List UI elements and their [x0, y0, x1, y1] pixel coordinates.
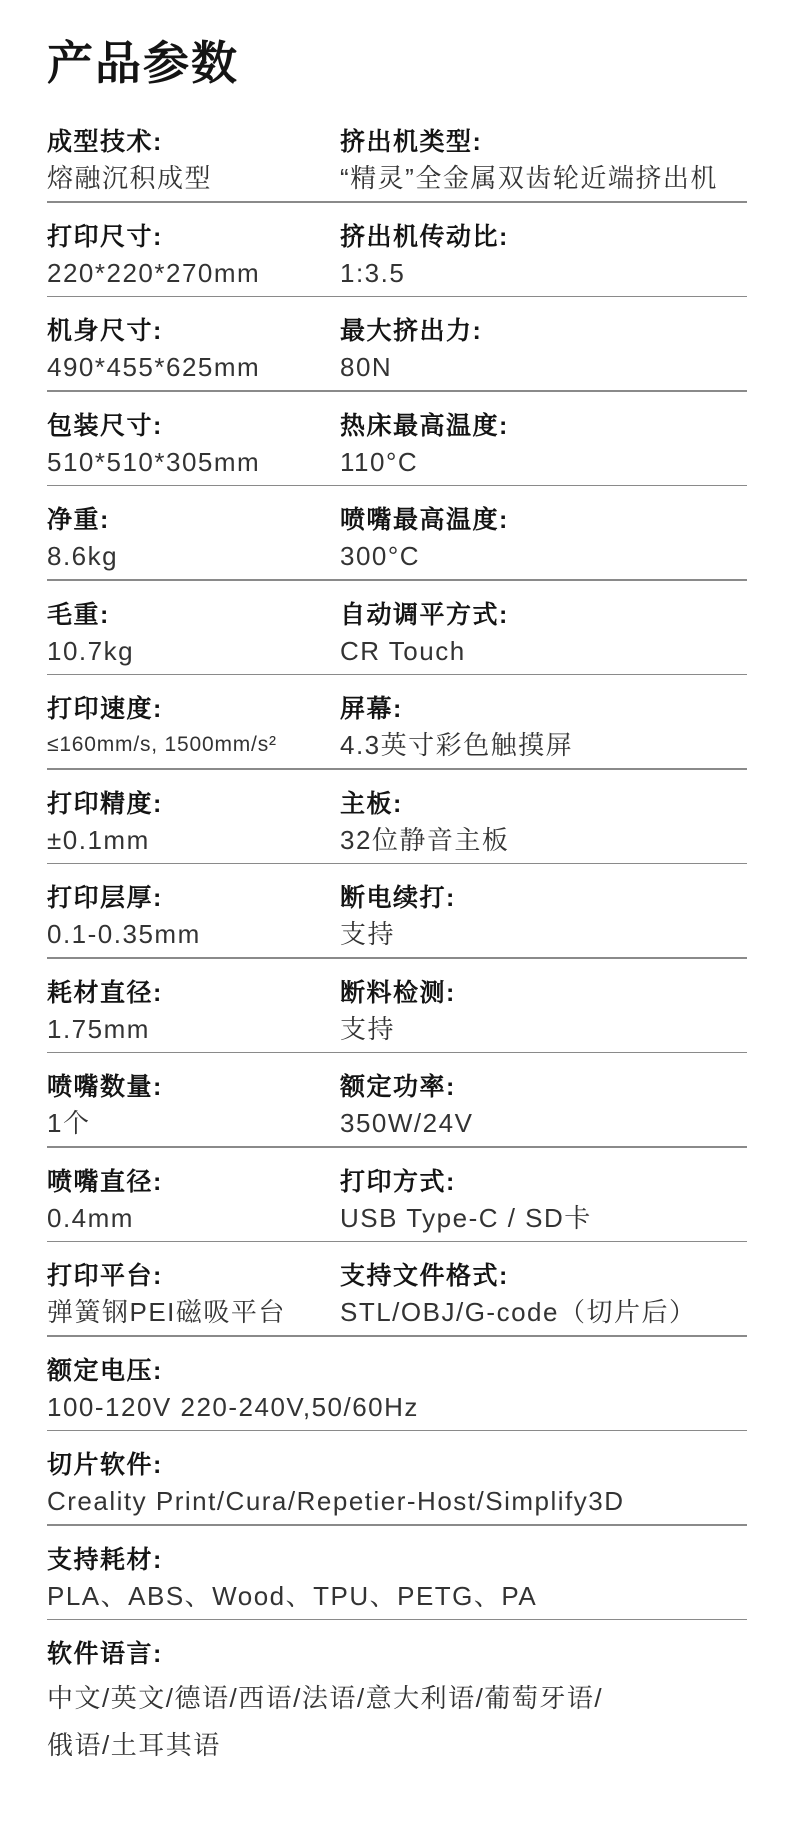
spec-value: 80N [340, 352, 747, 382]
spec-row-full-width: 软件语言: 中文/英文/德语/西语/法语/意大利语/葡萄牙语/ 俄语/土耳其语 [47, 1620, 747, 1777]
spec-cell-right: 最大挤出力: 80N [340, 319, 747, 382]
spec-cell-left: 成型技术: 熔融沉积成型 [47, 130, 340, 193]
spec-row: 打印层厚: 0.1-0.35mm 断电续打: 支持 [47, 864, 747, 957]
spec-label: 打印层厚: [47, 886, 340, 911]
spec-cell-right: 喷嘴最高温度: 300°C [340, 508, 747, 571]
spec-value: USB Type-C / SD卡 [340, 1203, 747, 1233]
spec-label: 支持耗材: [47, 1548, 747, 1573]
spec-row: 喷嘴数量: 1个 额定功率: 350W/24V [47, 1053, 747, 1146]
spec-label: 额定功率: [340, 1075, 747, 1100]
spec-cell-left: 打印平台: 弹簧钢PEI磁吸平台 [47, 1264, 340, 1327]
spec-row: 打印精度: ±0.1mm 主板: 32位静音主板 [47, 770, 747, 863]
spec-label: 成型技术: [47, 130, 340, 155]
spec-cell: 切片软件: Creality Print/Cura/Repetier-Host/… [47, 1453, 747, 1516]
spec-row-full-width: 切片软件: Creality Print/Cura/Repetier-Host/… [47, 1431, 747, 1524]
spec-sheet: 产品参数 成型技术: 熔融沉积成型 挤出机类型: “精灵”全金属双齿轮近端挤出机… [0, 0, 790, 1777]
spec-cell-left: 包装尺寸: 510*510*305mm [47, 414, 340, 477]
spec-value: 弹簧钢PEI磁吸平台 [47, 1297, 340, 1327]
spec-value: 支持 [340, 1014, 747, 1044]
spec-value: 10.7kg [47, 636, 340, 666]
spec-label: 软件语言: [47, 1642, 747, 1667]
spec-label: 净重: [47, 508, 340, 533]
spec-value: 支持 [340, 919, 747, 949]
spec-value: STL/OBJ/G-code（切片后） [340, 1297, 747, 1327]
spec-label: 喷嘴最高温度: [340, 508, 747, 533]
spec-cell-left: 耗材直径: 1.75mm [47, 981, 340, 1044]
spec-value: 110°C [340, 447, 747, 477]
spec-cell: 额定电压: 100-120V 220-240V,50/60Hz [47, 1359, 747, 1422]
spec-row-full-width: 额定电压: 100-120V 220-240V,50/60Hz [47, 1337, 747, 1430]
spec-label: 支持文件格式: [340, 1264, 747, 1289]
spec-value: 0.1-0.35mm [47, 919, 340, 949]
spec-row: 耗材直径: 1.75mm 断料检测: 支持 [47, 959, 747, 1052]
spec-value: 0.4mm [47, 1203, 340, 1233]
spec-cell-left: 打印尺寸: 220*220*270mm [47, 225, 340, 288]
spec-row: 喷嘴直径: 0.4mm 打印方式: USB Type-C / SD卡 [47, 1148, 747, 1241]
spec-value: 1:3.5 [340, 258, 747, 288]
spec-label: 断料检测: [340, 981, 747, 1006]
spec-value: 300°C [340, 541, 747, 571]
spec-value: 1个 [47, 1108, 340, 1138]
spec-value: 490*455*625mm [47, 352, 340, 382]
spec-value: 510*510*305mm [47, 447, 340, 477]
spec-cell-left: 打印精度: ±0.1mm [47, 792, 340, 855]
spec-value: 220*220*270mm [47, 258, 340, 288]
spec-cell-left: 喷嘴直径: 0.4mm [47, 1170, 340, 1233]
spec-label: 自动调平方式: [340, 603, 747, 628]
spec-label: 打印方式: [340, 1170, 747, 1195]
spec-label: 打印速度: [47, 697, 340, 722]
spec-cell: 软件语言: 中文/英文/德语/西语/法语/意大利语/葡萄牙语/ 俄语/土耳其语 [47, 1642, 747, 1769]
spec-cell-left: 机身尺寸: 490*455*625mm [47, 319, 340, 382]
spec-cell-right: 主板: 32位静音主板 [340, 792, 747, 855]
spec-cell-right: 打印方式: USB Type-C / SD卡 [340, 1170, 747, 1233]
spec-row-full-width: 支持耗材: PLA、ABS、Wood、TPU、PETG、PA [47, 1526, 747, 1619]
spec-label: 打印尺寸: [47, 225, 340, 250]
spec-cell-right: 断料检测: 支持 [340, 981, 747, 1044]
spec-label: 喷嘴数量: [47, 1075, 340, 1100]
spec-row: 净重: 8.6kg 喷嘴最高温度: 300°C [47, 486, 747, 579]
spec-row: 打印速度: ≤160mm/s, 1500mm/s² 屏幕: 4.3英寸彩色触摸屏 [47, 675, 747, 768]
spec-cell-left: 毛重: 10.7kg [47, 603, 340, 666]
spec-label: 挤出机传动比: [340, 225, 747, 250]
spec-table: 成型技术: 熔融沉积成型 挤出机类型: “精灵”全金属双齿轮近端挤出机 打印尺寸… [47, 108, 747, 1777]
spec-cell-left: 净重: 8.6kg [47, 508, 340, 571]
spec-row: 打印尺寸: 220*220*270mm 挤出机传动比: 1:3.5 [47, 203, 747, 296]
spec-value: CR Touch [340, 636, 747, 666]
spec-cell-right: 支持文件格式: STL/OBJ/G-code（切片后） [340, 1264, 747, 1327]
spec-value: 中文/英文/德语/西语/法语/意大利语/葡萄牙语/ 俄语/土耳其语 [47, 1675, 747, 1769]
spec-value: “精灵”全金属双齿轮近端挤出机 [340, 163, 747, 193]
spec-cell-right: 挤出机类型: “精灵”全金属双齿轮近端挤出机 [340, 130, 747, 193]
spec-label: 主板: [340, 792, 747, 817]
spec-value: Creality Print/Cura/Repetier-Host/Simpli… [47, 1486, 747, 1516]
spec-label: 包装尺寸: [47, 414, 340, 439]
spec-label: 切片软件: [47, 1453, 747, 1478]
spec-value: 1.75mm [47, 1014, 340, 1044]
spec-row: 毛重: 10.7kg 自动调平方式: CR Touch [47, 581, 747, 674]
spec-cell: 支持耗材: PLA、ABS、Wood、TPU、PETG、PA [47, 1548, 747, 1611]
spec-label: 打印平台: [47, 1264, 340, 1289]
spec-value: 350W/24V [340, 1108, 747, 1138]
spec-row: 包装尺寸: 510*510*305mm 热床最高温度: 110°C [47, 392, 747, 485]
spec-label: 机身尺寸: [47, 319, 340, 344]
spec-cell-left: 喷嘴数量: 1个 [47, 1075, 340, 1138]
spec-row: 机身尺寸: 490*455*625mm 最大挤出力: 80N [47, 297, 747, 390]
spec-cell-right: 额定功率: 350W/24V [340, 1075, 747, 1138]
spec-label: 挤出机类型: [340, 130, 747, 155]
spec-label: 额定电压: [47, 1359, 747, 1384]
spec-label: 耗材直径: [47, 981, 340, 1006]
spec-value: ±0.1mm [47, 825, 340, 855]
spec-label: 打印精度: [47, 792, 340, 817]
spec-label: 喷嘴直径: [47, 1170, 340, 1195]
spec-label: 最大挤出力: [340, 319, 747, 344]
spec-cell-left: 打印速度: ≤160mm/s, 1500mm/s² [47, 697, 340, 760]
spec-value: 8.6kg [47, 541, 340, 571]
spec-cell-right: 断电续打: 支持 [340, 886, 747, 949]
spec-value: 4.3英寸彩色触摸屏 [340, 730, 747, 760]
spec-value: 熔融沉积成型 [47, 163, 340, 193]
spec-label: 毛重: [47, 603, 340, 628]
spec-cell-right: 挤出机传动比: 1:3.5 [340, 225, 747, 288]
spec-row: 打印平台: 弹簧钢PEI磁吸平台 支持文件格式: STL/OBJ/G-code（… [47, 1242, 747, 1335]
spec-value: PLA、ABS、Wood、TPU、PETG、PA [47, 1581, 747, 1611]
spec-cell-left: 打印层厚: 0.1-0.35mm [47, 886, 340, 949]
spec-row: 成型技术: 熔融沉积成型 挤出机类型: “精灵”全金属双齿轮近端挤出机 [47, 108, 747, 201]
page-title: 产品参数 [47, 38, 747, 88]
spec-cell-right: 热床最高温度: 110°C [340, 414, 747, 477]
spec-cell-right: 屏幕: 4.3英寸彩色触摸屏 [340, 697, 747, 760]
spec-value: 32位静音主板 [340, 825, 747, 855]
spec-label: 热床最高温度: [340, 414, 747, 439]
spec-value: 100-120V 220-240V,50/60Hz [47, 1392, 747, 1422]
spec-cell-right: 自动调平方式: CR Touch [340, 603, 747, 666]
spec-label: 屏幕: [340, 697, 747, 722]
spec-label: 断电续打: [340, 886, 747, 911]
spec-value: ≤160mm/s, 1500mm/s² [47, 730, 340, 760]
